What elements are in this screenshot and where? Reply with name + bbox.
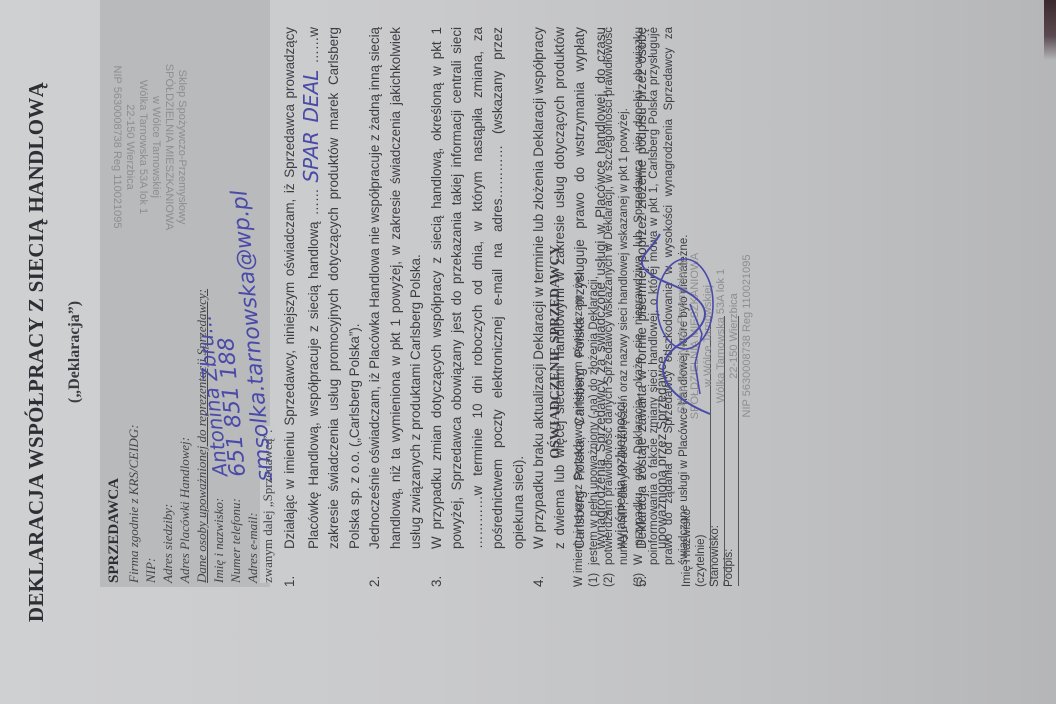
field-name-label: Imię i nazwisko: — [211, 498, 227, 583]
stamp-line: NIP 5630008738 Reg 110021095 — [741, 236, 754, 436]
field-email-label: Adres e-mail: — [245, 512, 261, 583]
item-number: (2) — [602, 573, 617, 587]
handwritten-signature — [640, 224, 730, 424]
company-stamp: Sklep Spożywczo-Przemysłowy SPÓŁDZIELNIA… — [110, 27, 188, 267]
stamp-line: w Wólce Tarnowskiej — [149, 27, 162, 267]
document-page: DEKLARACJA WSPÓŁPRACY Z SIECIĄ HANDLOWĄ … — [0, 0, 1056, 704]
document-subtitle: („Deklaracja”) — [66, 0, 84, 704]
field-nip-label: NIP: — [143, 558, 159, 583]
point-number: 1. — [280, 576, 301, 587]
point-text: W przypadku zmian dotyczących współpracy… — [429, 27, 526, 549]
handwritten-network-name: SPAR DEAL — [299, 70, 323, 183]
seller-heading: SPRZEDAWCA — [106, 478, 123, 583]
statement-item: (2) potwierdzam prawidłowość danych Sprz… — [602, 27, 632, 587]
field-phone-label: Numer telefonu: — [228, 498, 244, 583]
point-3: 3. W przypadku zmian dotyczących współpr… — [427, 27, 530, 587]
point-text: Jednocześnie oświadczam, iż Placówka Han… — [367, 27, 423, 549]
point-number: 2. — [365, 576, 386, 587]
stamp-line: SPÓŁDZIELNIA MIESZKANIOWA — [162, 27, 175, 267]
item-number: (3) — [632, 573, 647, 587]
stamp-line: 22-150 Wierzbica — [123, 27, 136, 267]
item-text: jestem w pełni upoważniony (-na) do złoż… — [588, 276, 600, 565]
field-hq-address-label: Adres siedziby: — [160, 504, 176, 583]
point-2: 2. Jednocześnie oświadczam, iż Placówka … — [365, 27, 427, 587]
statement-intro: W imieniu i na rzecz Sprzedawcy niniejsz… — [572, 27, 587, 587]
stamp-line: Sklep Spożywczo-Przemysłowy — [175, 27, 188, 267]
point-1: 1. Działając w imieniu Sprzedawcy, ninie… — [280, 27, 365, 587]
point-number: 4. — [529, 576, 550, 587]
seller-section: SPRZEDAWCA Firma zgodnie z KRS/CEIDG: NI… — [100, 0, 270, 587]
statement-item: (1) jestem w pełni upoważniony (-na) do … — [587, 27, 602, 587]
field-company-label: Firma zgodnie z KRS/CEIDG: — [126, 424, 142, 583]
item-number: (1) — [587, 573, 602, 587]
statement-title: OŚWIADCZENIE SPRZEDAWCY — [548, 0, 564, 704]
stamp-line: Wólka Tarnowska 53A lok 1 — [136, 27, 149, 267]
stamp-line: NIP 5630008738 Reg 110021095 — [110, 27, 123, 267]
item-text: potwierdzam prawidłowość danych Sprzedaw… — [603, 27, 630, 565]
field-store-address-label: Adres Placówki Handlowej: — [177, 437, 193, 583]
document-title: DEKLARACJA WSPÓŁPRACY Z SIECIĄ HANDLOWĄ — [24, 0, 49, 704]
point-number: 3. — [427, 576, 448, 587]
